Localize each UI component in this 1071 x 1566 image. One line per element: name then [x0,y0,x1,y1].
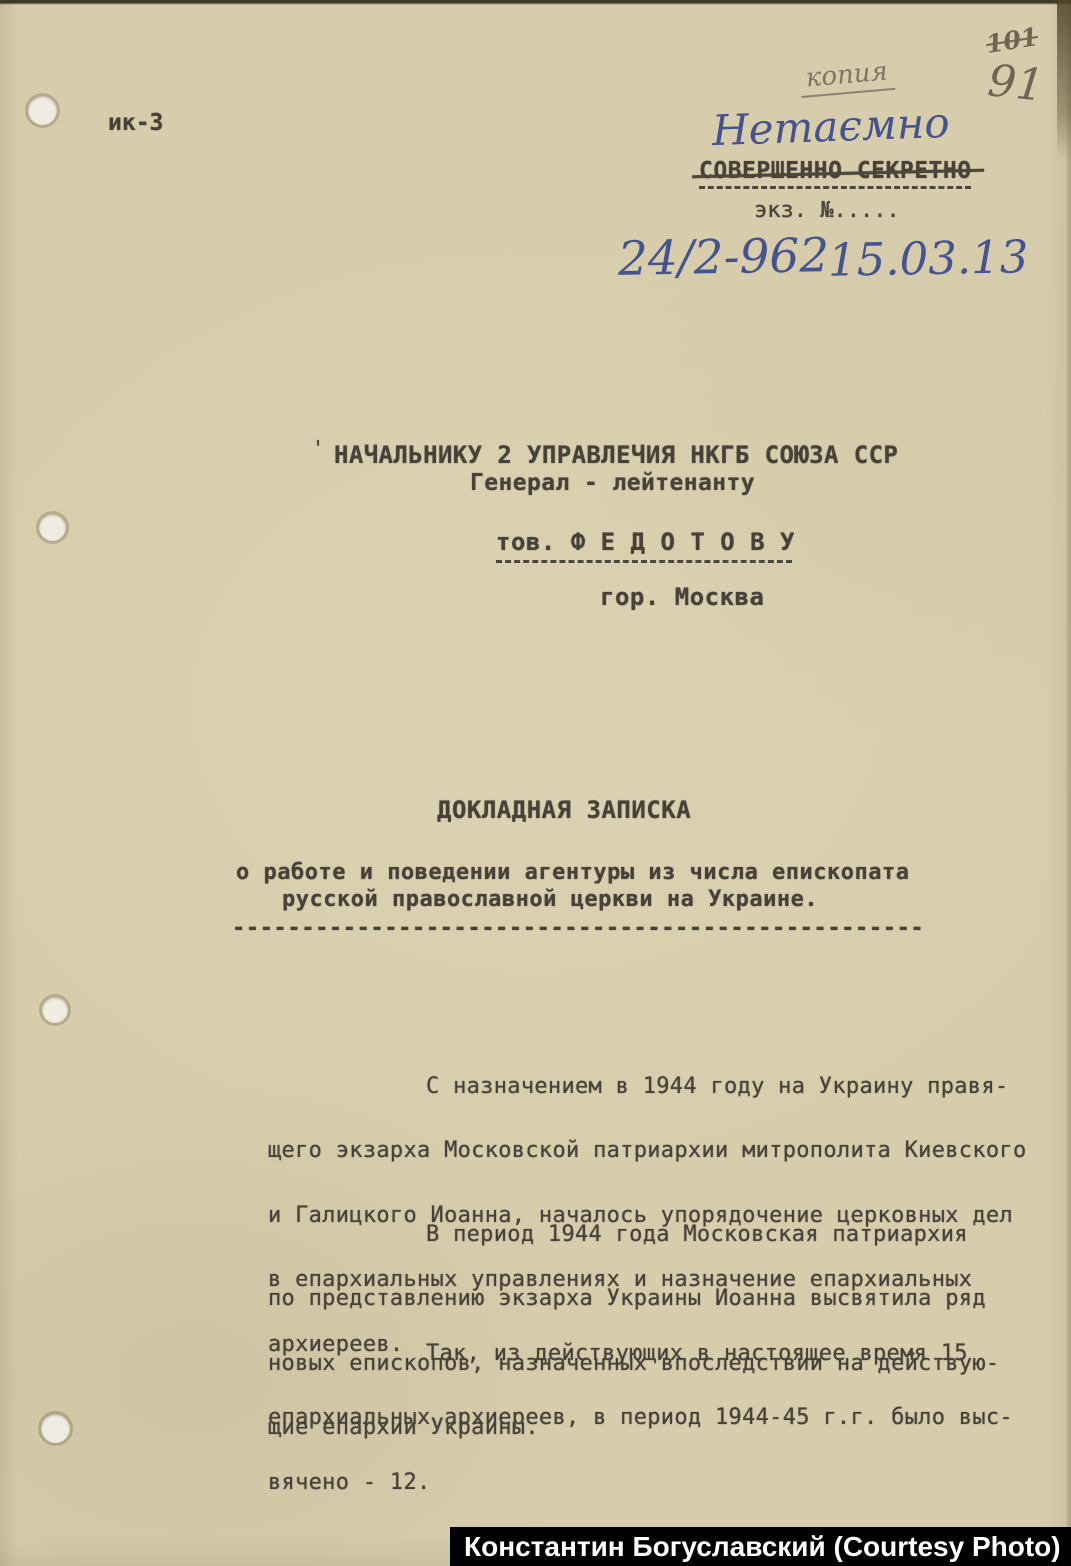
subject-line-1: о работе и поведении агентуры из числа е… [236,860,910,885]
registration-date: 15.03.13 [828,230,1029,286]
crossed-page-number: 101 [984,22,1040,59]
punch-hole [42,997,68,1023]
registration-number: 24/2-962 [618,228,830,287]
para-line: вячено - 12. [268,1470,1068,1496]
corner-code: ик-3 [108,110,163,136]
para-line: щего экзарха Московской патриархии митро… [268,1138,1068,1164]
punch-hole [28,96,57,125]
doc-title: ДОКЛАДНАЯ ЗАПИСКА [437,796,691,824]
copy-note-pencil: копия [799,56,895,98]
para-line: епархиальных архиереев, в период 1944-45… [268,1405,1068,1431]
punch-hole [39,514,66,541]
scan-edge-right-top [1057,0,1071,160]
photo-credit-bar: Константин Богуславский (Courtesy Photo) [450,1527,1071,1566]
punch-hole [41,1414,70,1443]
subject-line-2: русской православной церкви на Украине. [282,887,818,912]
dashed-separator: ----------------------------------------… [232,916,924,941]
para-line: С назначением в 1944 году на Украину пра… [268,1074,1068,1100]
address-rank-line: Генерал - лейтенанту [470,470,755,496]
page-number: 91 [985,55,1046,112]
recipient-line: тов. Ф Е Д О Т О В У [496,528,795,556]
city-line: гор. Москва [600,583,764,611]
para-line: Так, из действующих в настоящее время 15 [268,1341,1068,1367]
paragraph: Так, из действующих в настоящее время 15… [268,1303,1068,1534]
apostrophe-mark: ' [312,436,324,460]
recipient-dashed-underline [496,560,792,563]
scanned-document-page: ик-3 копия 101 91 Нетаємно СОВЕРШЕННО СЕ… [0,0,1071,1566]
photo-credit-text: Константин Богуславский (Courtesy Photo) [464,1531,1061,1563]
address-line-1: НАЧАЛЬНИКУ 2 УПРАВЛЕЧИЯ НКГБ СОЮЗА ССР [334,441,898,469]
scan-edge-top [0,0,1071,5]
para-line: В период 1944 года Московская патриархия [268,1222,1068,1248]
copy-number-line: экз. №..... [754,198,900,223]
stamp-dashed-underline [699,186,971,189]
declassification-note: Нетаємно [711,98,950,155]
